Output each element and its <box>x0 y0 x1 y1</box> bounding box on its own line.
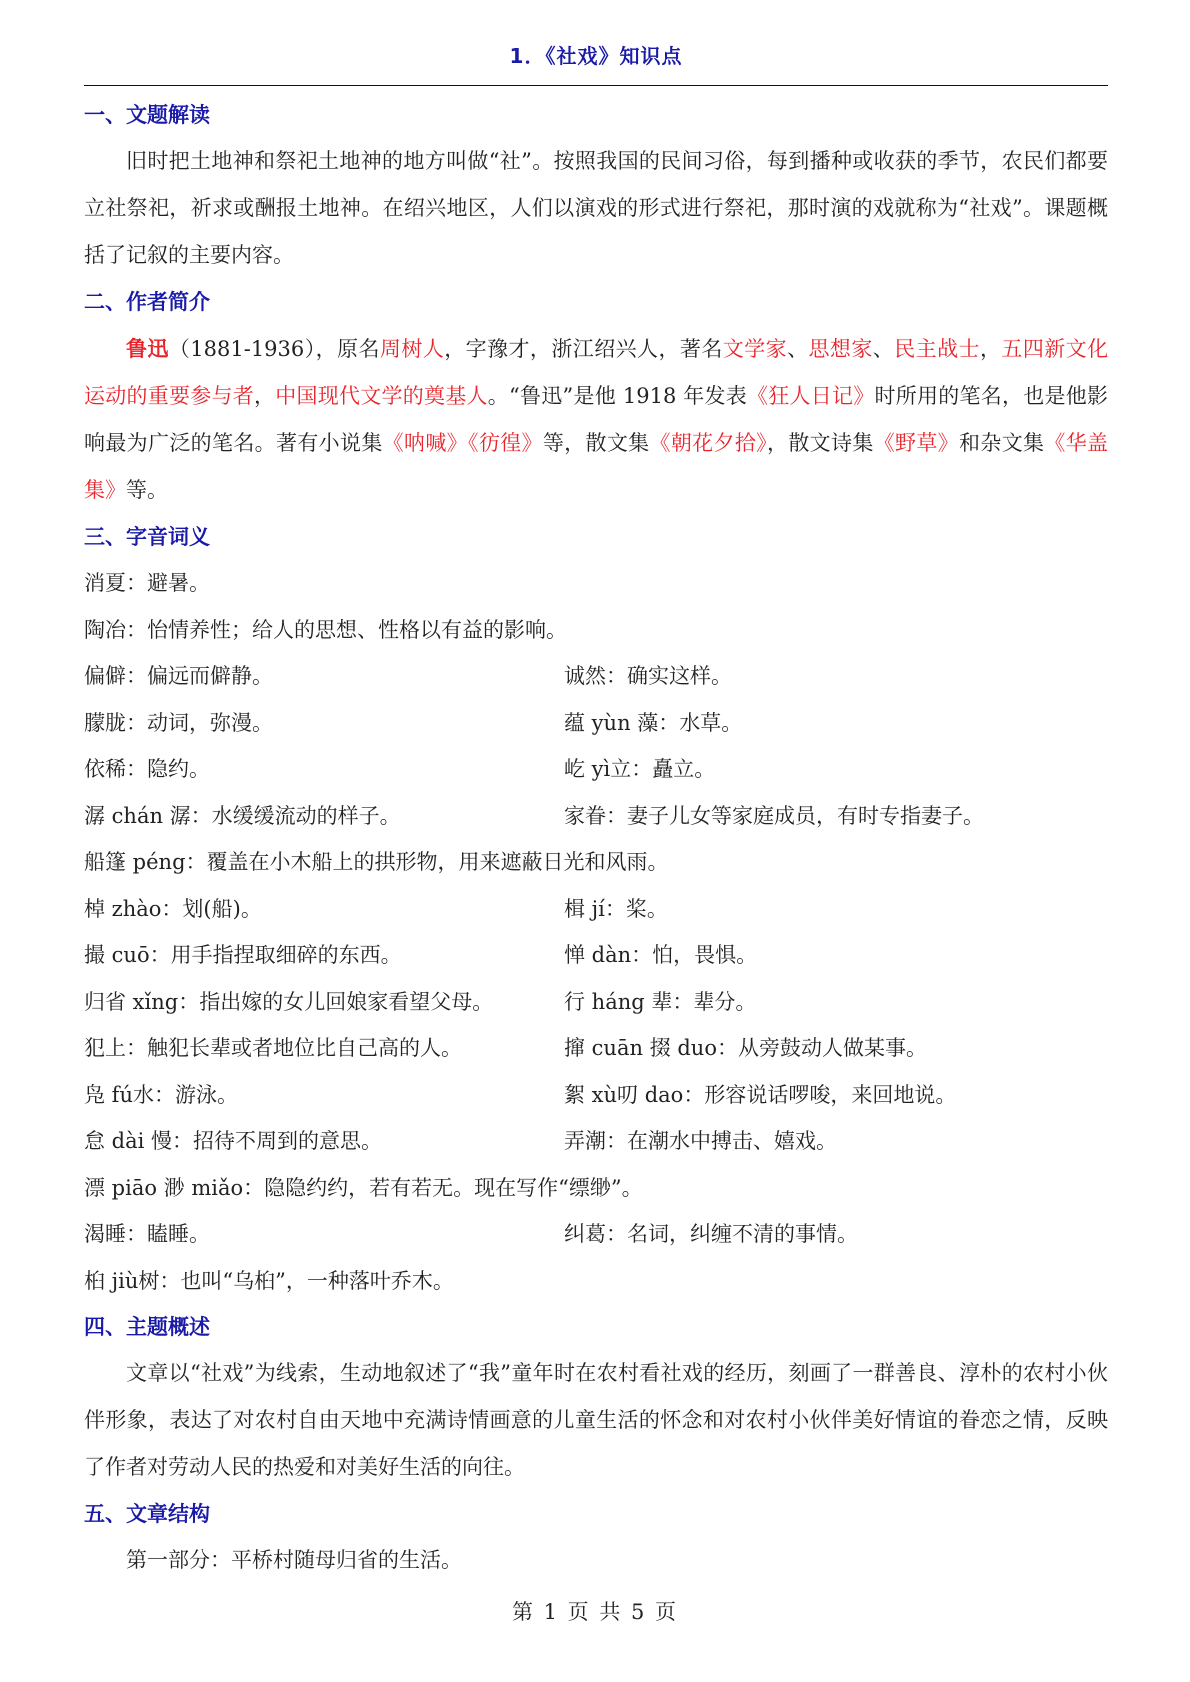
vocab-row: 潺 chán 潺：水缓缓流动的样子。 家眷：妻子儿女等家庭成员，有时专指妻子。 <box>84 793 1108 840</box>
text-segment: ，散文诗集 <box>767 431 874 455</box>
text-segment: ， <box>254 384 275 408</box>
vocab-row: 消夏：避暑。 <box>84 560 1108 607</box>
highlight-thinker: 思想家 <box>809 337 873 361</box>
vocab-item: 絮 xù叨 dao：形容说话啰唆，来回地说。 <box>564 1072 1108 1119</box>
text-segment: 。“鲁迅”是他 1918 年发表 <box>488 384 747 408</box>
highlight-madman-diary: 《狂人日记》 <box>747 384 875 408</box>
section-heading-structure: 五、文章结构 <box>84 1491 1108 1537</box>
highlight-wild-grass: 《野草》 <box>874 431 959 455</box>
text-segment: （1881-1936），原名 <box>169 337 380 361</box>
section-heading-title-interpretation: 一、文题解读 <box>84 92 1108 138</box>
vocab-row: 陶冶：怡情养性；给人的思想、性格以有益的影响。 <box>84 607 1108 654</box>
theme-paragraph: 文章以“社戏”为线索，生动地叙述了“我”童年时在农村看社戏的经历，刻画了一群善良… <box>84 1350 1108 1491</box>
vocab-item: 家眷：妻子儿女等家庭成员，有时专指妻子。 <box>564 793 1108 840</box>
vocab-row: 撮 cuō：用手指捏取细碎的东西。 惮 dàn：怕，畏惧。 <box>84 932 1108 979</box>
text-segment: 等。 <box>126 478 168 502</box>
vocab-item: 纠葛：名词，纠缠不清的事情。 <box>564 1211 1108 1258</box>
document-title: 1．《社戏》知识点 <box>84 40 1108 69</box>
vocab-item: 棹 zhào：划(船)。 <box>84 886 564 933</box>
vocab-row: 怠 dài 慢：招待不周到的意思。 弄潮：在潮水中搏击、嬉戏。 <box>84 1118 1108 1165</box>
vocab-item: 屹 yì立：矗立。 <box>564 746 1108 793</box>
author-name: 鲁迅 <box>126 336 169 361</box>
vocab-row: 凫 fú水：游泳。 絮 xù叨 dao：形容说话啰唆，来回地说。 <box>84 1072 1108 1119</box>
vocab-row: 犯上：触犯长辈或者地位比自己高的人。 撺 cuān 掇 duo：从旁鼓动人做某事… <box>84 1025 1108 1072</box>
section-heading-theme: 四、主题概述 <box>84 1304 1108 1350</box>
vocab-item: 弄潮：在潮水中搏击、嬉戏。 <box>564 1118 1108 1165</box>
vocab-row: 朦胧：动词，弥漫。 蕴 yùn 藻：水草。 <box>84 700 1108 747</box>
author-intro-paragraph: 鲁迅（1881-1936），原名周树人，字豫才，浙江绍兴人，著名文学家、思想家、… <box>84 325 1108 514</box>
vocab-row: 归省 xǐng：指出嫁的女儿回娘家看望父母。 行 háng 辈：辈分。 <box>84 979 1108 1026</box>
text-segment: 和杂文集 <box>959 431 1044 455</box>
section-heading-author-intro: 二、作者简介 <box>84 279 1108 325</box>
vocab-item: 惮 dàn：怕，畏惧。 <box>564 932 1108 979</box>
vocab-row: 桕 jiù树：也叫“乌桕”，一种落叶乔木。 <box>84 1258 1108 1305</box>
highlight-writer: 文学家 <box>723 337 787 361</box>
vocab-row: 偏僻：偏远而僻静。 诚然：确实这样。 <box>84 653 1108 700</box>
vocab-row: 船篷 péng：覆盖在小木船上的拱形物，用来遮蔽日光和风雨。 <box>84 839 1108 886</box>
text-segment: 等，散文集 <box>543 431 650 455</box>
text-segment: 、 <box>873 337 894 361</box>
vocab-item: 渴睡：瞌睡。 <box>84 1211 564 1258</box>
vocab-item: 朦胧：动词，弥漫。 <box>84 700 564 747</box>
vocab-row: 棹 zhào：划(船)。 楫 jí：桨。 <box>84 886 1108 933</box>
vocab-item: 凫 fú水：游泳。 <box>84 1072 564 1119</box>
vocab-item: 潺 chán 潺：水缓缓流动的样子。 <box>84 793 564 840</box>
text-segment: ，字豫才，浙江绍兴人，著名 <box>444 337 723 361</box>
highlight-democratic-fighter: 民主战士 <box>894 337 980 361</box>
vocab-item: 行 háng 辈：辈分。 <box>564 979 1108 1026</box>
text-segment: ， <box>980 337 1001 361</box>
vocab-item: 偏僻：偏远而僻静。 <box>84 653 564 700</box>
title-divider <box>84 85 1108 86</box>
section-heading-vocabulary: 三、字音词义 <box>84 514 1108 560</box>
vocab-item: 诚然：确实这样。 <box>564 653 1108 700</box>
vocab-item: 撮 cuō：用手指捏取细碎的东西。 <box>84 932 564 979</box>
vocab-item: 怠 dài 慢：招待不周到的意思。 <box>84 1118 564 1165</box>
highlight-essay-collection: 《朝花夕拾》 <box>650 431 768 455</box>
vocab-item: 陶冶：怡情养性；给人的思想、性格以有益的影响。 <box>84 607 1108 654</box>
vocab-item: 桕 jiù树：也叫“乌桕”，一种落叶乔木。 <box>84 1258 1108 1305</box>
highlight-founder: 中国现代文学的奠基人 <box>275 384 488 408</box>
vocab-row: 渴睡：瞌睡。 纠葛：名词，纠缠不清的事情。 <box>84 1211 1108 1258</box>
vocab-item: 蕴 yùn 藻：水草。 <box>564 700 1108 747</box>
vocab-row: 漂 piāo 渺 miǎo：隐隐约约，若有若无。现在写作“缥缈”。 <box>84 1165 1108 1212</box>
document-content: 一、文题解读 旧时把土地神和祭祀土地神的地方叫做“社”。按照我国的民间习俗，每到… <box>84 92 1108 1584</box>
vocabulary-list: 消夏：避暑。 陶冶：怡情养性；给人的思想、性格以有益的影响。 偏僻：偏远而僻静。… <box>84 560 1108 1304</box>
vocab-item: 依稀：隐约。 <box>84 746 564 793</box>
highlight-novel-collections: 《呐喊》《彷徨》 <box>383 431 543 455</box>
page-footer: 第 1 页 共 5 页 <box>0 1596 1190 1626</box>
vocab-item: 消夏：避暑。 <box>84 560 1108 607</box>
vocab-row: 依稀：隐约。 屹 yì立：矗立。 <box>84 746 1108 793</box>
vocab-item: 漂 piāo 渺 miǎo：隐隐约约，若有若无。现在写作“缥缈”。 <box>84 1165 1108 1212</box>
highlight-original-name: 周树人 <box>380 337 444 361</box>
structure-paragraph: 第一部分：平桥村随母归省的生活。 <box>84 1537 1108 1584</box>
vocab-item: 船篷 péng：覆盖在小木船上的拱形物，用来遮蔽日光和风雨。 <box>84 839 1108 886</box>
vocab-item: 犯上：触犯长辈或者地位比自己高的人。 <box>84 1025 564 1072</box>
vocab-item: 归省 xǐng：指出嫁的女儿回娘家看望父母。 <box>84 979 564 1026</box>
text-segment: 、 <box>787 337 808 361</box>
title-interpretation-paragraph: 旧时把土地神和祭祀土地神的地方叫做“社”。按照我国的民间习俗，每到播种或收获的季… <box>84 138 1108 279</box>
vocab-item: 撺 cuān 掇 duo：从旁鼓动人做某事。 <box>564 1025 1108 1072</box>
vocab-item: 楫 jí：桨。 <box>564 886 1108 933</box>
